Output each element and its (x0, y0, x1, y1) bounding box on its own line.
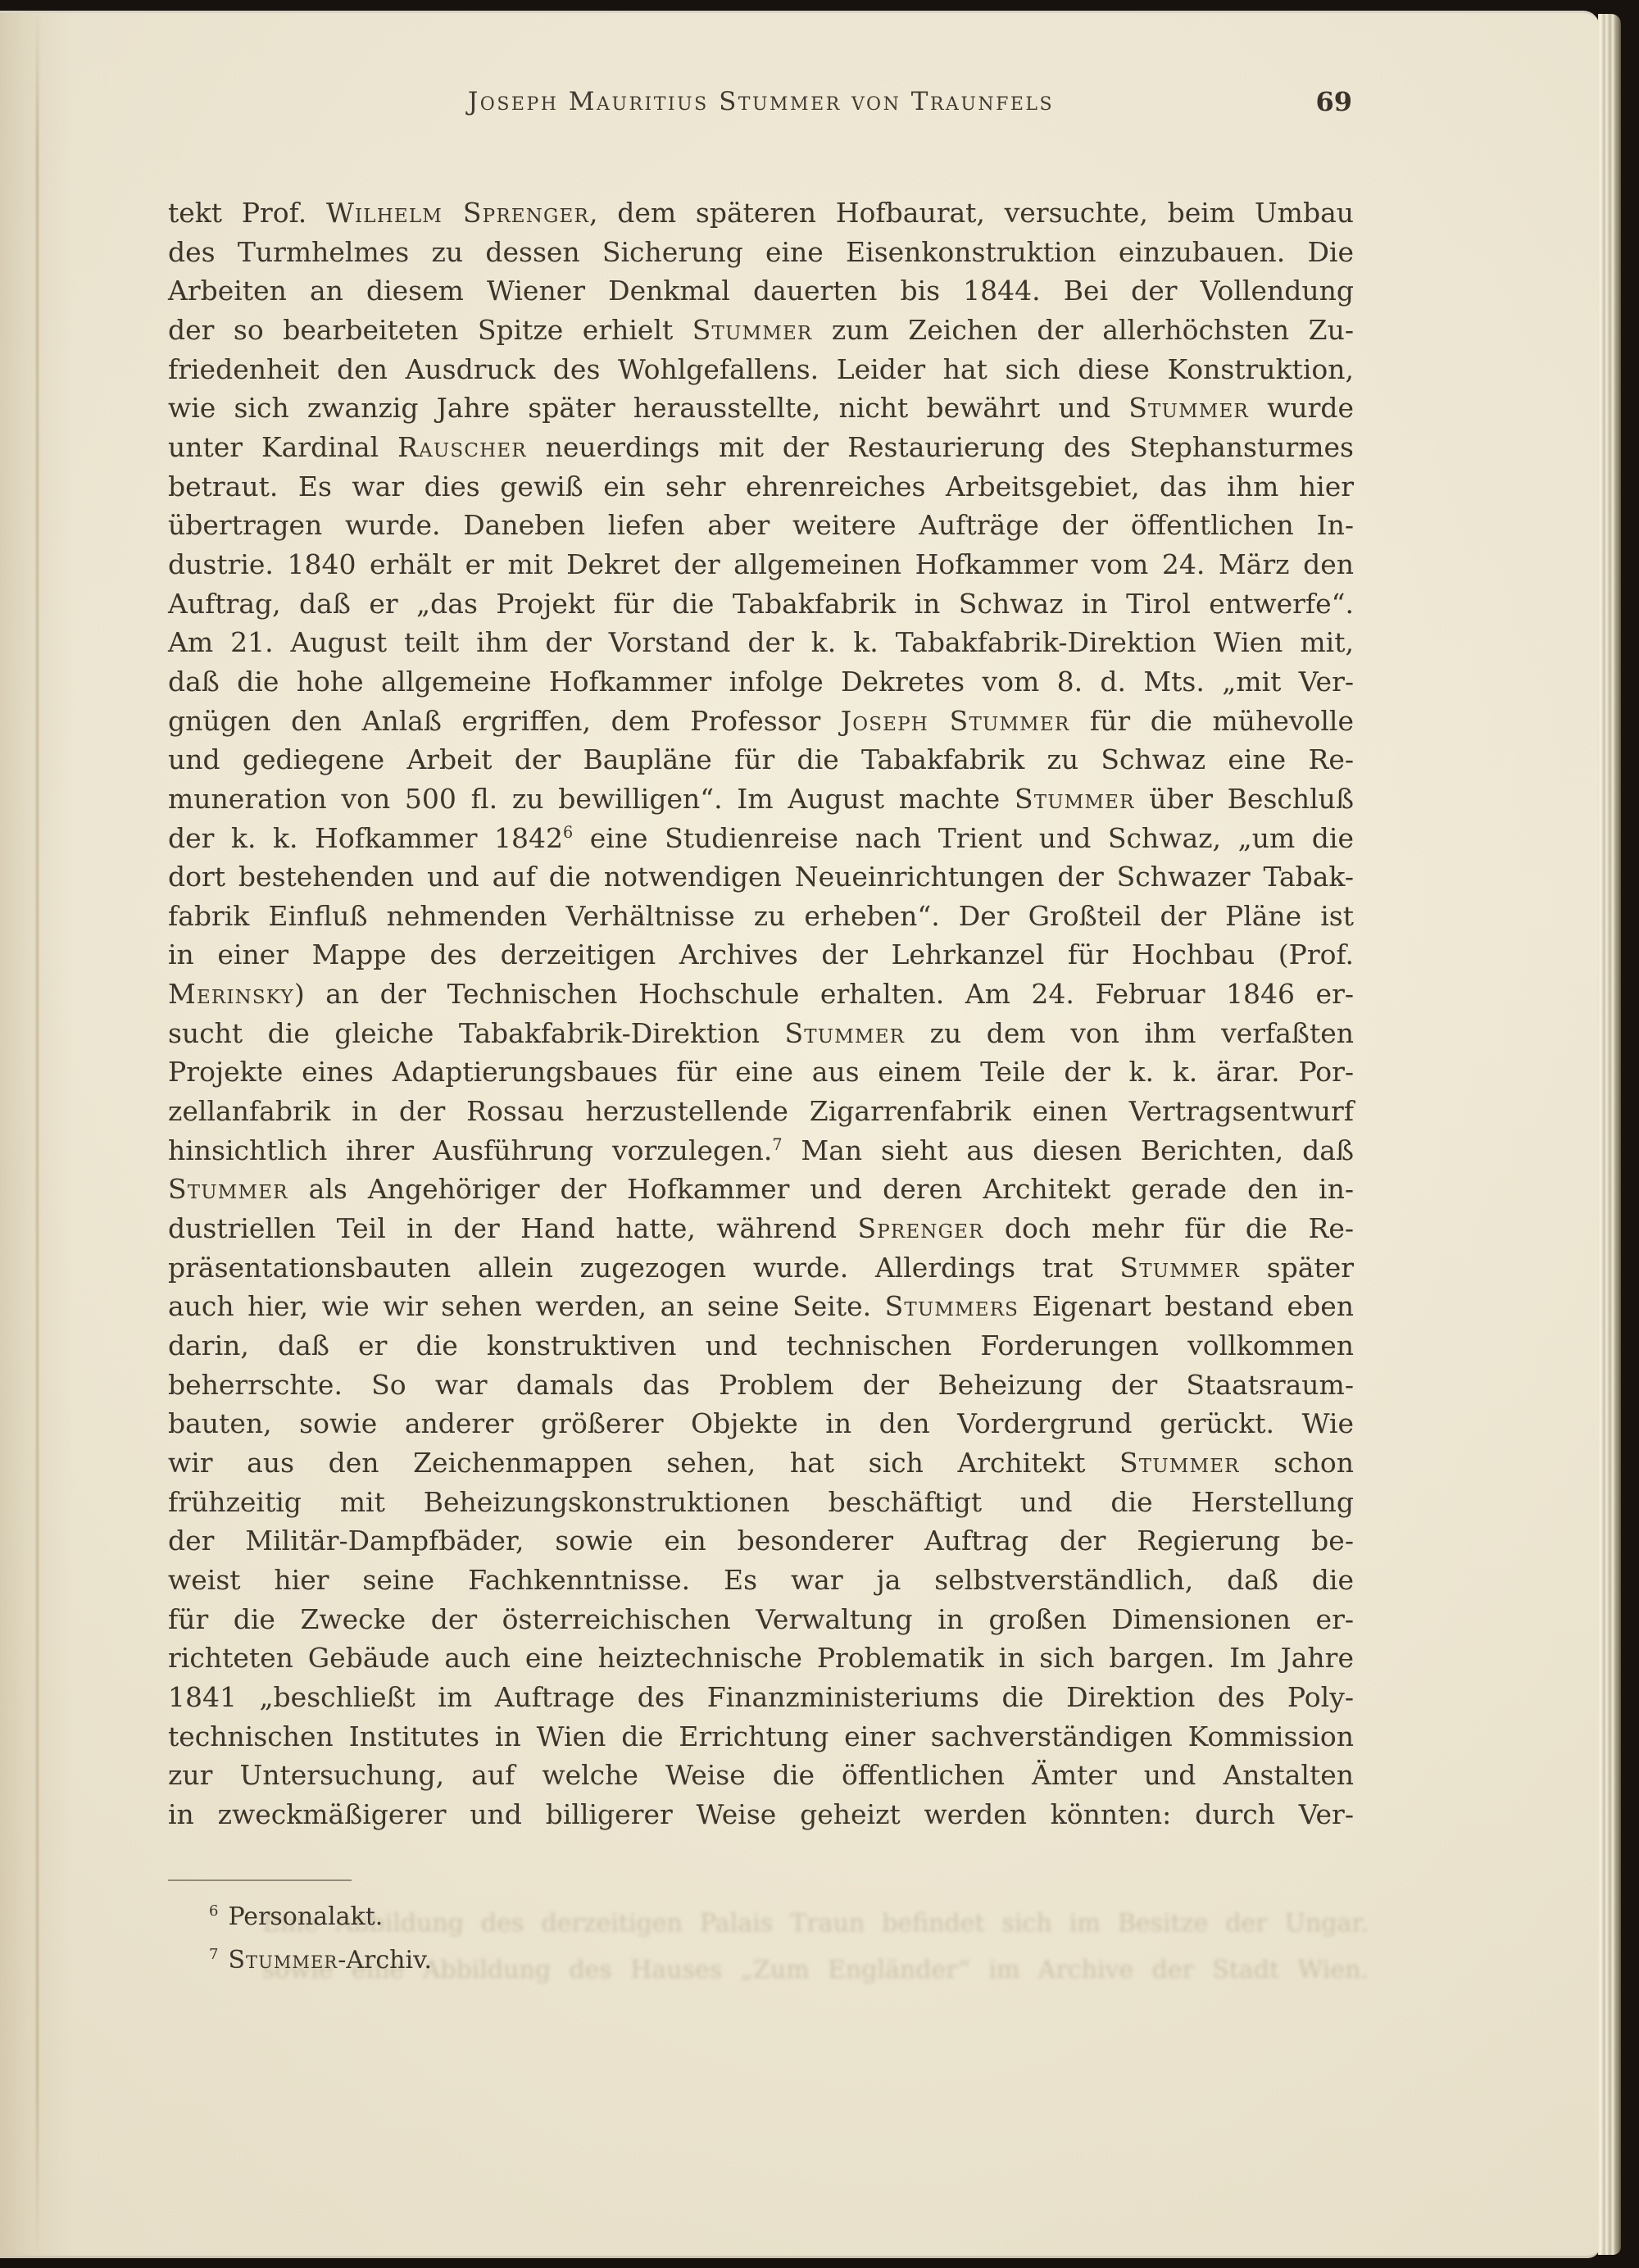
text-line: 1841 „beschließt im Auftrage des Finanzm… (168, 1678, 1354, 1717)
text-segment: wurde (1249, 392, 1354, 424)
text-line: sucht die gleiche Tabakfabrik-Direktion … (168, 1014, 1354, 1053)
footnote-reference: 7 (772, 1135, 782, 1154)
text-segment: unter Kardinal (168, 431, 397, 463)
text-line: dustrie. 1840 erhält er mit Dekret der a… (168, 545, 1354, 584)
small-caps-name: Sprenger (857, 1212, 983, 1244)
text-line: wir aus den Zeichenmappen sehen, hat sic… (168, 1443, 1354, 1483)
text-segment: zur Untersuchung, auf welche Weise die ö… (168, 1759, 1354, 1791)
text-segment: als Angehöriger der Hofkammer und deren … (288, 1173, 1354, 1205)
text-segment: Auftrag, daß er „das Projekt für die Tab… (168, 588, 1354, 620)
text-segment: übertragen wurde. Daneben liefen aber we… (168, 509, 1354, 541)
footnote-reference: 6 (563, 823, 573, 842)
text-segment: und gediegene Arbeit der Baupläne für di… (168, 743, 1354, 775)
text-segment: gnügen den Anlaß ergriffen, dem Professo… (168, 705, 841, 737)
text-segment: bauten, sowie anderer größerer Objekte i… (168, 1407, 1354, 1439)
text-line: fabrik Einfluß nehmenden Verhältnisse zu… (168, 897, 1354, 936)
text-line: darin, daß er die konstruktiven und tech… (168, 1326, 1354, 1366)
text-line: der so bearbeiteten Spitze erhielt Stumm… (168, 311, 1354, 350)
text-segment: in einer Mappe des derzeitigen Archives … (168, 939, 1354, 970)
text-segment: dort bestehenden und auf die notwendigen… (168, 861, 1354, 893)
text-segment: tekt Prof. (168, 197, 326, 229)
text-segment: richteten Gebäude auch eine heiztechnisc… (168, 1642, 1354, 1674)
small-caps-name: Stummer (168, 1173, 288, 1205)
small-caps-name: Stummer (228, 1946, 338, 1975)
text-line: der k. k. Hofkammer 18426 eine Studienre… (168, 819, 1354, 858)
text-line: Stummer als Angehöriger der Hofkammer un… (168, 1170, 1354, 1209)
text-line: tekt Prof. Wilhelm Sprenger, dem spätere… (168, 193, 1354, 233)
text-line: zellanfabrik in der Rossau herzustellend… (168, 1092, 1354, 1131)
text-segment: doch mehr für die Re- (984, 1212, 1354, 1244)
text-line: präsentationsbauten allein zugezogen wur… (168, 1248, 1354, 1288)
text-segment: präsentationsbauten allein zugezogen wur… (168, 1252, 1119, 1284)
text-line: des Turmhelmes zu dessen Sicherung eine … (168, 233, 1354, 272)
text-segment: ) an der Technischen Hochschule erhalten… (294, 978, 1354, 1010)
small-caps-name: Stummer (1015, 783, 1135, 815)
text-segment: für die mühevolle (1069, 705, 1354, 737)
text-line: richteten Gebäude auch eine heiztechnisc… (168, 1639, 1354, 1678)
text-segment: Eigenart bestand eben (1019, 1290, 1354, 1322)
text-segment: Arbeiten an diesem Wiener Denkmal dauert… (168, 275, 1354, 307)
text-line: zur Untersuchung, auf welche Weise die ö… (168, 1756, 1354, 1795)
text-segment: -Archiv. (338, 1946, 432, 1975)
text-line: Arbeiten an diesem Wiener Denkmal dauert… (168, 271, 1354, 311)
text-segment: des Turmhelmes zu dessen Sicherung eine … (168, 236, 1354, 268)
text-line: hinsichtlich ihrer Ausführung vorzulegen… (168, 1131, 1354, 1170)
text-segment: darin, daß er die konstruktiven und tech… (168, 1329, 1354, 1361)
small-caps-name: Wilhelm Sprenger (326, 197, 589, 229)
text-segment: später (1240, 1252, 1354, 1284)
text-line: Am 21. August teilt ihm der Vorstand der… (168, 623, 1354, 662)
text-segment: eine Studienreise nach Trient und Schwaz… (573, 822, 1354, 854)
footnote: 7Stummer-Archiv. (168, 1938, 1354, 1982)
small-caps-name: Merinsky (168, 978, 294, 1010)
small-caps-name: Stummer (1128, 392, 1249, 424)
small-caps-name: Rauscher (397, 431, 527, 463)
text-segment: Man sieht aus diesen Berichten, daß (783, 1134, 1354, 1166)
small-caps-name: Stummers (885, 1290, 1019, 1322)
footnote-separator (168, 1879, 352, 1881)
text-segment: in zweckmäßigerer und billigerer Weise g… (168, 1798, 1354, 1830)
text-segment: wir aus den Zeichenmappen sehen, hat sic… (168, 1447, 1119, 1479)
page-number: 69 (1315, 86, 1352, 117)
text-line: beherrschte. So war damals das Problem d… (168, 1366, 1354, 1405)
text-line: gnügen den Anlaß ergriffen, dem Professo… (168, 702, 1354, 741)
page-edge-stack (1598, 14, 1621, 2255)
text-line: weist hier seine Fachkenntnisse. Es war … (168, 1561, 1354, 1600)
text-line: Auftrag, daß er „das Projekt für die Tab… (168, 584, 1354, 624)
text-line: Projekte eines Adaptierungsbaues für ein… (168, 1052, 1354, 1092)
text-segment: betraut. Es war dies gewiß ein sehr ehre… (168, 470, 1354, 502)
text-line: bauten, sowie anderer größerer Objekte i… (168, 1404, 1354, 1443)
footnote-marker: 7 (209, 1946, 218, 1963)
text-segment: schon (1240, 1447, 1354, 1479)
text-segment: Projekte eines Adaptierungsbaues für ein… (168, 1056, 1354, 1088)
text-segment: der so bearbeiteten Spitze erhielt (168, 314, 692, 346)
text-segment: , dem späteren Hofbaurat, versuchte, bei… (589, 197, 1354, 229)
text-segment: zum Zeichen der allerhöchsten Zu- (812, 314, 1354, 346)
footnote: 6Personalakt. (168, 1895, 1354, 1938)
text-segment: Personalakt. (228, 1902, 383, 1931)
text-segment: zu dem von ihm verfaßten (905, 1017, 1354, 1049)
text-segment: weist hier seine Fachkenntnisse. Es war … (168, 1564, 1354, 1596)
text-segment: muneration von 500 fl. zu bewilligen“. I… (168, 783, 1015, 815)
text-segment: sucht die gleiche Tabakfabrik-Direktion (168, 1017, 785, 1049)
small-caps-name: Joseph Stummer (841, 705, 1069, 737)
text-line: und gediegene Arbeit der Baupläne für di… (168, 740, 1354, 779)
text-segment: hinsichtlich ihrer Ausführung vorzulegen… (168, 1134, 772, 1166)
text-segment: Am 21. August teilt ihm der Vorstand der… (168, 626, 1354, 658)
footnote-marker: 6 (209, 1902, 218, 1920)
text-line: friedenheit den Ausdruck des Wohlgefalle… (168, 350, 1354, 389)
running-header: Joseph Mauritius Stummer von Traunfels 6… (168, 87, 1354, 123)
text-segment: auch hier, wie wir sehen werden, an sein… (168, 1290, 885, 1322)
header-title: Joseph Mauritius Stummer von Traunfels (468, 87, 1054, 116)
text-line: betraut. Es war dies gewiß ein sehr ehre… (168, 467, 1354, 507)
text-line: technischen Institutes in Wien die Erric… (168, 1717, 1354, 1757)
text-segment: frühzeitig mit Beheizungskonstruktionen … (168, 1486, 1354, 1518)
text-line: wie sich zwanzig Jahre später herausstel… (168, 389, 1354, 428)
text-segment: der Militär-Dampfbäder, sowie ein besond… (168, 1525, 1354, 1557)
text-segment: über Beschluß (1135, 783, 1354, 815)
text-segment: wie sich zwanzig Jahre später herausstel… (168, 392, 1128, 424)
text-line: unter Kardinal Rauscher neuerdings mit d… (168, 428, 1354, 467)
text-segment: fabrik Einfluß nehmenden Verhältnisse zu… (168, 900, 1354, 932)
text-line: muneration von 500 fl. zu bewilligen“. I… (168, 779, 1354, 819)
text-line: frühzeitig mit Beheizungskonstruktionen … (168, 1483, 1354, 1522)
text-segment: neuerdings mit der Restaurierung des Ste… (527, 431, 1354, 463)
text-line: dustriellen Teil in der Hand hatte, währ… (168, 1209, 1354, 1248)
text-line: dort bestehenden und auf die notwendigen… (168, 857, 1354, 897)
text-segment: friedenheit den Ausdruck des Wohlgefalle… (168, 353, 1354, 385)
text-segment: 1841 „beschließt im Auftrage des Finanzm… (168, 1681, 1354, 1713)
small-caps-name: Stummer (692, 314, 813, 346)
text-segment: technischen Institutes in Wien die Erric… (168, 1720, 1354, 1752)
text-segment: dustriellen Teil in der Hand hatte, währ… (168, 1212, 857, 1244)
text-line: auch hier, wie wir sehen werden, an sein… (168, 1287, 1354, 1326)
footnotes: 6Personalakt.7Stummer-Archiv. (168, 1895, 1354, 1982)
text-segment: dustrie. 1840 erhält er mit Dekret der a… (168, 548, 1354, 580)
text-line: für die Zwecke der österreichischen Verw… (168, 1600, 1354, 1639)
small-caps-name: Stummer (785, 1017, 906, 1049)
text-line: daß die hohe allgemeine Hofkammer infolg… (168, 662, 1354, 702)
small-caps-name: Stummer (1119, 1447, 1240, 1479)
text-segment: zellanfabrik in der Rossau herzustellend… (168, 1095, 1354, 1127)
text-line: der Militär-Dampfbäder, sowie ein besond… (168, 1521, 1354, 1561)
text-segment: beherrschte. So war damals das Problem d… (168, 1369, 1354, 1401)
page-fold-crease (36, 11, 39, 2258)
text-segment: daß die hohe allgemeine Hofkammer infolg… (168, 666, 1354, 698)
text-line: in einer Mappe des derzeitigen Archives … (168, 935, 1354, 975)
text-line: in zweckmäßigerer und billigerer Weise g… (168, 1795, 1354, 1834)
text-segment: für die Zwecke der österreichischen Verw… (168, 1603, 1354, 1635)
text-segment: der k. k. Hofkammer 1842 (168, 822, 563, 854)
body-text: tekt Prof. Wilhelm Sprenger, dem spätere… (168, 193, 1354, 1834)
text-line: übertragen wurde. Daneben liefen aber we… (168, 506, 1354, 545)
text-line: Merinsky) an der Technischen Hochschule … (168, 975, 1354, 1014)
small-caps-name: Stummer (1119, 1252, 1240, 1284)
scanned-book-photo: { "page": { "header": { "title": "Joseph… (0, 0, 1639, 2268)
